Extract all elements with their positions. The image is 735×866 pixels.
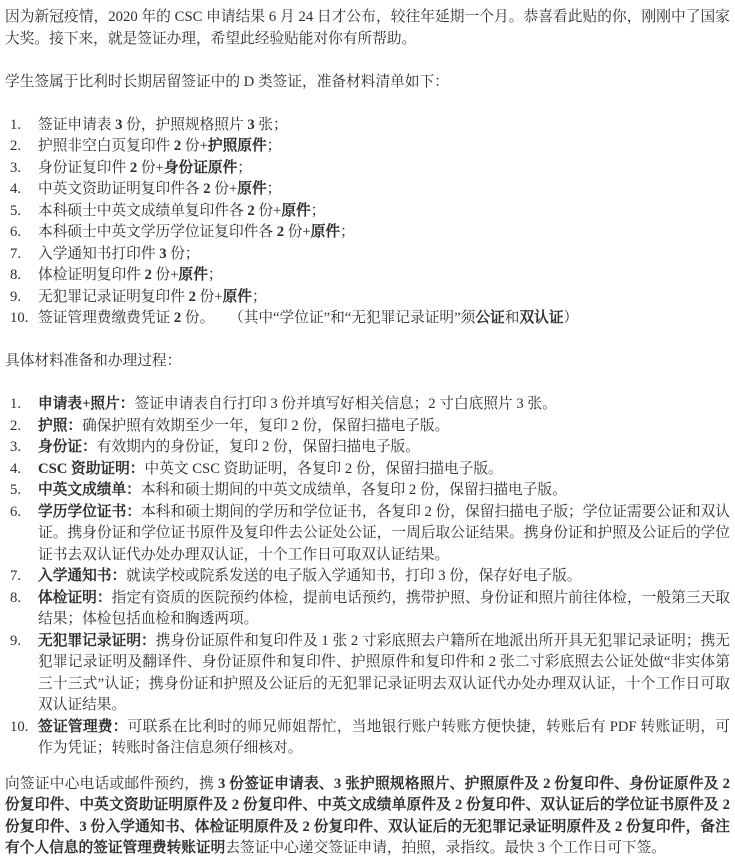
list-item-number: 8. — [5, 588, 38, 610]
preparation-steps-item: 1.申请表+照片：签证申请表自行打印 3 份并填写好相关信息；2 寸白底照片 3… — [5, 394, 730, 416]
text-run: 份。 （其中“学位证”和“无犯罪记录证明”须 — [181, 310, 475, 326]
list-item-text: 入学通知书打印件 3 份； — [38, 244, 730, 266]
list-item-text: 无犯罪记录证明：携身份证原件和复印件及 1 张 2 寸彩底照去户籍所在地派出所开… — [38, 631, 730, 717]
text-run: 和 — [505, 310, 520, 326]
preparation-steps-item: 6.学历学位证书：本科和硕士期间的学历和学位证书，各复印 2 份，保留扫描电子版… — [5, 502, 730, 567]
text-run: 签证管理费缴费凭证 — [38, 310, 174, 326]
summary-paragraph: 向签证中心电话或邮件预约，携 3 份签证申请表、3 张护照规格照片、护照原件及 … — [5, 774, 730, 860]
list-item-text: 体检证明：指定有资质的医院预约体检，提前电话预约，携带护照、身份证和照片前往体检… — [38, 588, 730, 631]
bold-text-run: 3 — [247, 117, 254, 133]
materials-checklist-item: 10.签证管理费缴费凭证 2 份。 （其中“学位证”和“无犯罪记录证明”须公证和… — [5, 308, 730, 330]
text-run: ； — [340, 224, 355, 240]
text-run: 具体材料准备和办理过程： — [5, 353, 181, 369]
materials-checklist-item: 6.本科硕士中英文学历学位证复印件各 2 份+原件； — [5, 222, 730, 244]
intro-paragraph-2: 学生签属于比利时长期居留签证中的 D 类签证，准备材料清单如下： — [5, 72, 730, 94]
materials-checklist-item: 2.护照非空白页复印件 2 份+护照原件； — [5, 136, 730, 158]
materials-checklist-item: 1.签证申请表 3 份，护照规格照片 3 张； — [5, 115, 730, 137]
bold-text-run: 无犯罪记录证明： — [38, 633, 156, 649]
bold-text-run: 身份证： — [38, 439, 97, 455]
bold-text-run: 入学通知书： — [38, 568, 126, 584]
materials-checklist: 1.签证申请表 3 份，护照规格照片 3 张；2.护照非空白页复印件 2 份+护… — [5, 115, 730, 330]
text-run: 份，护照规格照片 — [122, 117, 247, 133]
list-item-text: 申请表+照片：签证申请表自行打印 3 份并填写好相关信息；2 寸白底照片 3 张… — [38, 394, 730, 416]
preparation-steps-item: 10.签证管理费：可联系在比利时的师兄师姐帮忙，当地银行账户转账方便快捷，转账后… — [5, 717, 730, 760]
text-run: ； — [267, 138, 282, 154]
bold-text-run: 2 — [145, 267, 152, 283]
bold-text-run: 原件 — [311, 224, 340, 240]
list-item-text: 无犯罪记录证明复印件 2 份+原件； — [38, 287, 730, 309]
materials-checklist-item: 7.入学通知书打印件 3 份； — [5, 244, 730, 266]
blank-line — [5, 760, 730, 774]
blank-line — [5, 373, 730, 395]
bold-text-run: 原件 — [179, 267, 208, 283]
preparation-steps-item: 8.体检证明：指定有资质的医院预约体检，提前电话预约，携带护照、身份证和照片前往… — [5, 588, 730, 631]
intro-paragraph-1: 因为新冠疫情，2020 年的 CSC 申请结果 6 月 24 日才公布，较往年延… — [5, 7, 730, 50]
list-item-number: 7. — [5, 244, 38, 266]
list-item-number: 3. — [5, 158, 38, 180]
text-run: 身份证复印件 — [38, 160, 130, 176]
list-item-text: 体检证明复印件 2 份+原件； — [38, 265, 730, 287]
list-item-number: 5. — [5, 480, 38, 502]
text-run: 本科硕士中英文成绩单复印件各 — [38, 203, 247, 219]
list-item-number: 4. — [5, 179, 38, 201]
text-run: ） — [564, 310, 579, 326]
materials-checklist-item: 9.无犯罪记录证明复印件 2 份+原件； — [5, 287, 730, 309]
bold-text-run: 签证管理费： — [38, 719, 128, 735]
materials-checklist-item: 8.体检证明复印件 2 份+原件； — [5, 265, 730, 287]
text-run: ； — [267, 181, 282, 197]
text-run: 签证申请表自行打印 3 份并填写好相关信息；2 寸白底照片 3 张。 — [135, 396, 557, 412]
text-run: 本科硕士中英文学历学位证复印件各 — [38, 224, 277, 240]
materials-checklist-item: 4.中英文资助证明复印件各 2 份+原件； — [5, 179, 730, 201]
text-run: 入学通知书打印件 — [38, 246, 159, 262]
text-run: 份+ — [255, 203, 282, 219]
list-item-number: 2. — [5, 136, 38, 158]
text-run: 份+ — [152, 267, 179, 283]
text-run: 可联系在比利时的师兄师姐帮忙，当地银行账户转账方便快捷，转账后有 PDF 转账证… — [38, 719, 730, 757]
text-run: 确保护照有效期至少一年，复印 2 份，保留扫描电子版。 — [82, 418, 449, 434]
blank-line — [5, 330, 730, 352]
text-run: 有效期内的身份证，复印 2 份，保留扫描电子版。 — [97, 439, 420, 455]
preparation-steps: 1.申请表+照片：签证申请表自行打印 3 份并填写好相关信息；2 寸白底照片 3… — [5, 394, 730, 760]
bold-text-run: 原件 — [223, 289, 252, 305]
text-run: 因为新冠疫情，2020 年的 CSC 申请结果 6 月 24 日才公布，较往年延… — [5, 9, 730, 47]
list-item-text: 中英文资助证明复印件各 2 份+原件； — [38, 179, 730, 201]
list-item-text: 签证管理费缴费凭证 2 份。 （其中“学位证”和“无犯罪记录证明”须公证和双认证… — [38, 308, 730, 330]
bold-text-run: 2 — [203, 181, 210, 197]
text-run: ； — [311, 203, 326, 219]
text-run: 指定有资质的医院预约体检，提前电话预约，携带护照、身份证和照片前往体检，一般第三… — [38, 590, 730, 628]
bold-text-run: 申请表+照片： — [38, 396, 135, 412]
list-item-text: 护照非空白页复印件 2 份+护照原件； — [38, 136, 730, 158]
bold-text-run: 双认证 — [519, 310, 563, 326]
list-item-number: 2. — [5, 416, 38, 438]
bold-text-run: 2 — [189, 289, 196, 305]
text-run: 份+ — [137, 160, 164, 176]
list-item-number: 4. — [5, 459, 38, 481]
text-run: 向签证中心电话或邮件预约，携 — [5, 776, 218, 792]
list-item-text: 本科硕士中英文成绩单复印件各 2 份+原件； — [38, 201, 730, 223]
list-item-text: CSC 资助证明：中英文 CSC 资助证明，各复印 2 份，保留扫描电子版。 — [38, 459, 730, 481]
text-run: 本科和硕士期间的学历和学位证书，各复印 2 份，保留扫描电子版；学位证需要公证和… — [38, 504, 730, 563]
text-run: 学生签属于比利时长期居留签证中的 D 类签证，准备材料清单如下： — [5, 74, 449, 90]
bold-text-run: 中英文成绩单： — [38, 482, 141, 498]
preparation-steps-item: 7.入学通知书：就读学校或院系发送的电子版入学通知书，打印 3 份，保存好电子版… — [5, 566, 730, 588]
materials-checklist-item: 5.本科硕士中英文成绩单复印件各 2 份+原件； — [5, 201, 730, 223]
text-run: 体检证明复印件 — [38, 267, 145, 283]
list-item-number: 1. — [5, 394, 38, 416]
bold-text-run: 公证 — [475, 310, 504, 326]
list-item-text: 身份证：有效期内的身份证，复印 2 份，保留扫描电子版。 — [38, 437, 730, 459]
list-item-number: 1. — [5, 115, 38, 137]
list-item-number: 9. — [5, 631, 38, 653]
text-run: 份； — [167, 246, 200, 262]
text-run: 签证申请表 — [38, 117, 115, 133]
text-run: 份+ — [181, 138, 208, 154]
text-run: 去签证中心递交签证申请，拍照，录指纹。最快 3 个工作日可下签。 — [225, 840, 666, 856]
text-run: ； — [237, 160, 252, 176]
text-run: 份+ — [211, 181, 238, 197]
blank-line — [5, 50, 730, 72]
text-run: ； — [208, 267, 223, 283]
text-run: 张； — [255, 117, 288, 133]
preparation-steps-item: 9.无犯罪记录证明：携身份证原件和复印件及 1 张 2 寸彩底照去户籍所在地派出… — [5, 631, 730, 717]
bold-text-run: 原件 — [237, 181, 266, 197]
list-item-text: 中英文成绩单：本科和硕士期间的中英文成绩单，各复印 2 份，保留扫描电子版。 — [38, 480, 730, 502]
list-item-number: 10. — [5, 717, 38, 739]
list-item-text: 本科硕士中英文学历学位证复印件各 2 份+原件； — [38, 222, 730, 244]
list-item-text: 护照：确保护照有效期至少一年，复印 2 份，保留扫描电子版。 — [38, 416, 730, 438]
text-run: 无犯罪记录证明复印件 — [38, 289, 189, 305]
materials-checklist-item: 3.身份证复印件 2 份+身份证原件； — [5, 158, 730, 180]
list-item-text: 身份证复印件 2 份+身份证原件； — [38, 158, 730, 180]
preparation-steps-item: 5.中英文成绩单：本科和硕士期间的中英文成绩单，各复印 2 份，保留扫描电子版。 — [5, 480, 730, 502]
bold-text-run: 2 — [247, 203, 254, 219]
blank-line — [5, 93, 730, 115]
text-run: 中英文 CSC 资助证明，各复印 2 份，保留扫描电子版。 — [145, 461, 503, 477]
list-item-number: 8. — [5, 265, 38, 287]
text-run: 本科和硕士期间的中英文成绩单，各复印 2 份，保留扫描电子版。 — [141, 482, 567, 498]
list-item-text: 签证管理费：可联系在比利时的师兄师姐帮忙，当地银行账户转账方便快捷，转账后有 P… — [38, 717, 730, 760]
list-item-text: 学历学位证书：本科和硕士期间的学历和学位证书，各复印 2 份，保留扫描电子版；学… — [38, 502, 730, 567]
list-item-number: 9. — [5, 287, 38, 309]
list-item-number: 5. — [5, 201, 38, 223]
document-body: 因为新冠疫情，2020 年的 CSC 申请结果 6 月 24 日才公布，较往年延… — [5, 7, 730, 860]
text-run: 份+ — [196, 289, 223, 305]
bold-text-run: 2 — [277, 224, 284, 240]
text-run: 就读学校或院系发送的电子版入学通知书，打印 3 份，保存好电子版。 — [126, 568, 581, 584]
text-run: 份+ — [284, 224, 311, 240]
list-item-text: 签证申请表 3 份，护照规格照片 3 张； — [38, 115, 730, 137]
bold-text-run: 身份证原件 — [164, 160, 237, 176]
text-run: 护照非空白页复印件 — [38, 138, 174, 154]
list-item-number: 10. — [5, 308, 38, 330]
bold-text-run: 护照原件 — [208, 138, 267, 154]
list-item-number: 6. — [5, 502, 38, 524]
list-item-text: 入学通知书：就读学校或院系发送的电子版入学通知书，打印 3 份，保存好电子版。 — [38, 566, 730, 588]
list-item-number: 7. — [5, 566, 38, 588]
list-item-number: 6. — [5, 222, 38, 244]
preparation-steps-item: 2.护照：确保护照有效期至少一年，复印 2 份，保留扫描电子版。 — [5, 416, 730, 438]
bold-text-run: 护照： — [38, 418, 82, 434]
bold-text-run: 原件 — [281, 203, 310, 219]
preparation-steps-item: 3.身份证：有效期内的身份证，复印 2 份，保留扫描电子版。 — [5, 437, 730, 459]
bold-text-run: 3 — [159, 246, 166, 262]
bold-text-run: 学历学位证书： — [38, 504, 141, 520]
text-run: ； — [252, 289, 267, 305]
text-run: 中英文资助证明复印件各 — [38, 181, 203, 197]
list-item-number: 3. — [5, 437, 38, 459]
bold-text-run: CSC 资助证明： — [38, 461, 145, 477]
document-page: 因为新冠疫情，2020 年的 CSC 申请结果 6 月 24 日才公布，较往年延… — [0, 0, 735, 866]
section-heading: 具体材料准备和办理过程： — [5, 351, 730, 373]
preparation-steps-item: 4.CSC 资助证明：中英文 CSC 资助证明，各复印 2 份，保留扫描电子版。 — [5, 459, 730, 481]
bold-text-run: 体检证明： — [38, 590, 112, 606]
